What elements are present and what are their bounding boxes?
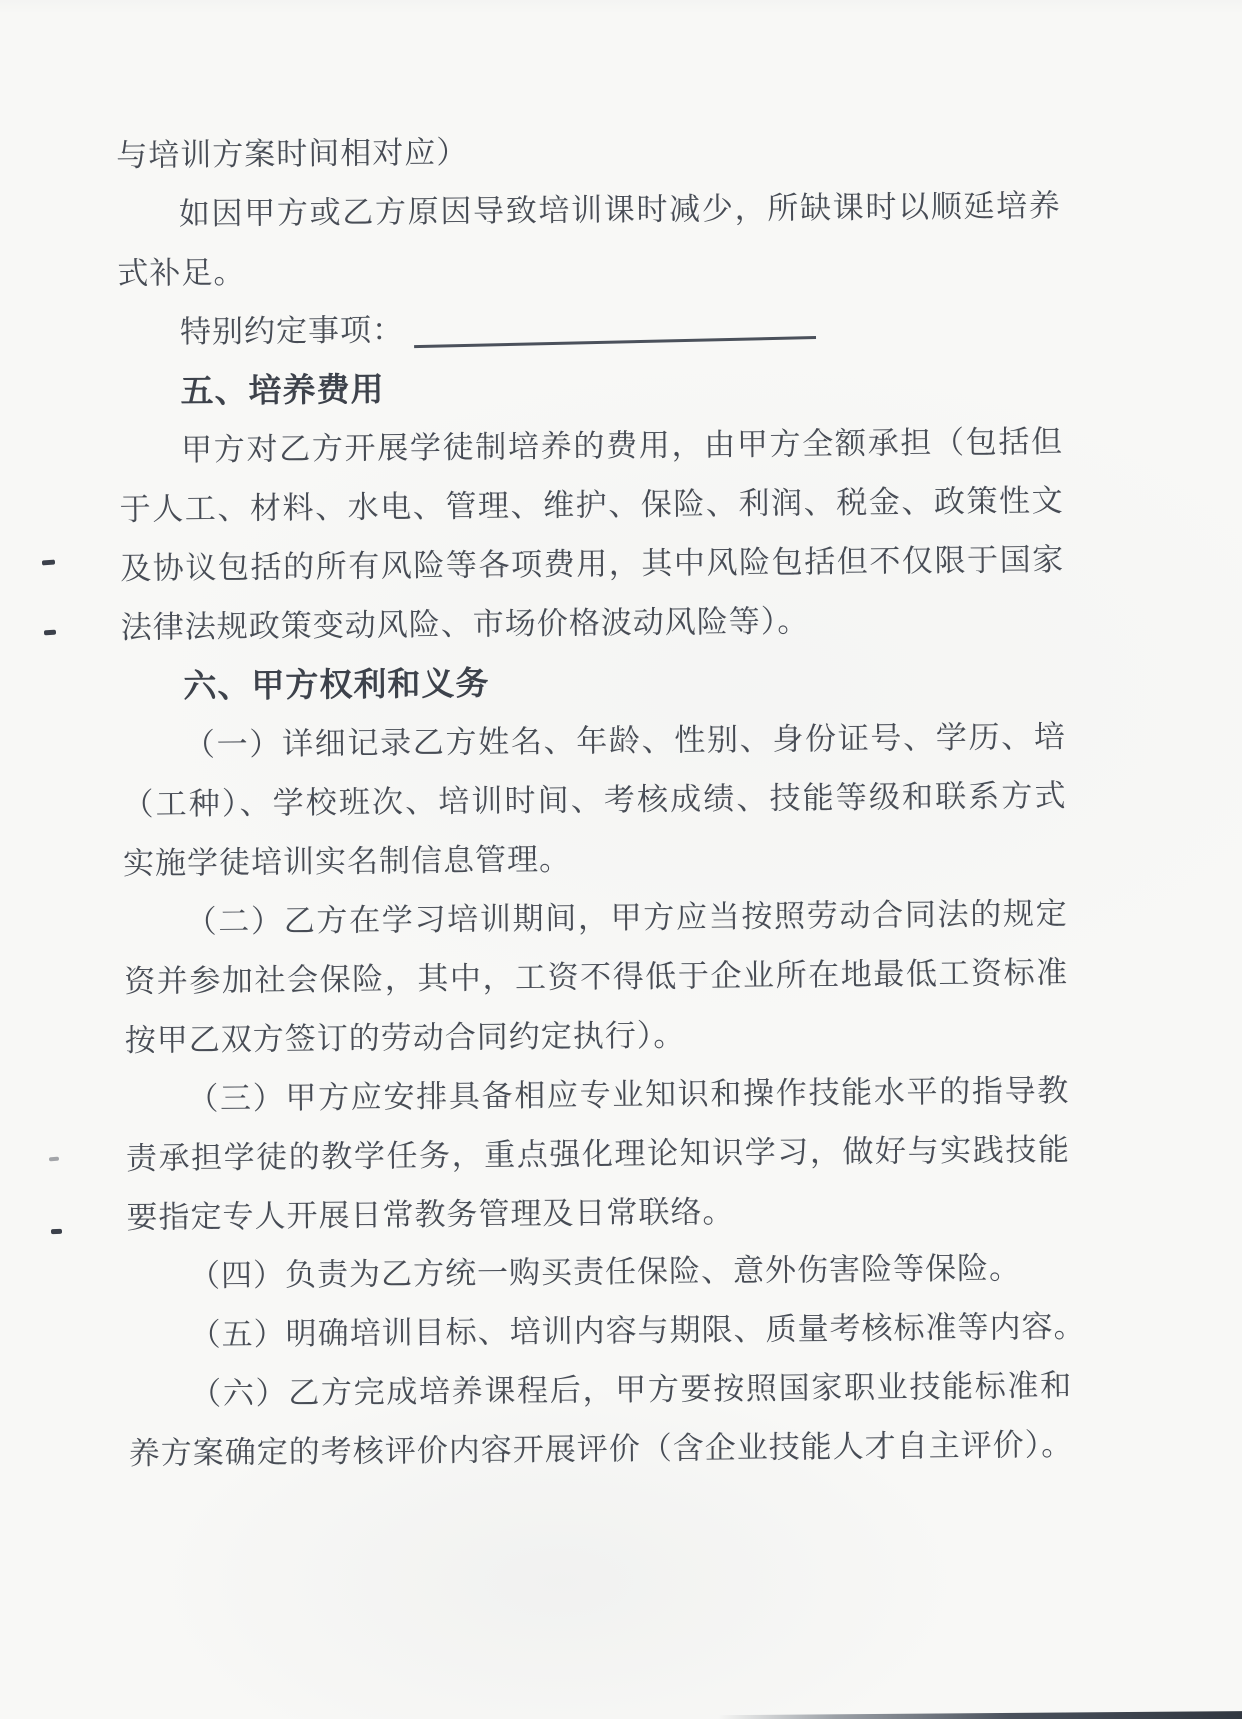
scanned-document-page: 与培训方案时间相对应）如因甲方或乙方原因导致培训课时减少，所缺课时以顺延培养期限… <box>0 0 1242 1719</box>
text-line: 于人工、材料、水电、管理、维护、保险、利润、税金、政策性文件规定 <box>119 471 1064 539</box>
text-line: 式补足。 <box>117 235 1062 303</box>
text-line: 法律法规政策变动风险、市场价格波动风险等）。 <box>121 589 1066 657</box>
text-line: 养方案确定的考核评价内容开展评价（含企业技能人才自主评价）。 <box>128 1415 1073 1483</box>
text-line: （三）甲方应安排具备相应专业知识和操作技能水平的指导教师，负 <box>125 1061 1070 1129</box>
text-line: 甲方对乙方开展学徒制培养的费用，由甲方全额承担（包括但不仅限 <box>119 412 1064 480</box>
text-line: 责承担学徒的教学任务，重点强化理论知识学习，做好与实践技能的衔接， <box>126 1120 1071 1188</box>
scan-mark <box>44 630 56 636</box>
fill-in-blank-line <box>414 336 816 348</box>
text-line: 如因甲方或乙方原因导致培训课时减少，所缺课时以顺延培养期限方 <box>117 176 1062 244</box>
document-lines: 与培训方案时间相对应）如因甲方或乙方原因导致培训课时减少，所缺课时以顺延培养期限… <box>116 117 1073 1483</box>
text-line: 特别约定事项： <box>118 294 1063 362</box>
text-line: （五）明确培训目标、培训内容与期限、质量考核标准等内容。 <box>127 1297 1072 1365</box>
text-line: 及协议包括的所有风险等各项费用，其中风险包括但不仅限于国家和地方 <box>120 530 1065 598</box>
text-line: 按甲乙双方签订的劳动合同约定执行）。 <box>124 1002 1069 1070</box>
section-heading: 五、培养费用 <box>118 353 1063 421</box>
text-line: （四）负责为乙方统一购买责任保险、意外伤害险等保险。 <box>127 1238 1072 1306</box>
blank-field-label: 特别约定事项： <box>180 300 405 361</box>
text-line: （一）详细记录乙方姓名、年龄、性别、身份证号、学历、培训职业 <box>122 707 1067 775</box>
text-line: 要指定专人开展日常教务管理及日常联络。 <box>126 1179 1071 1247</box>
text-line: 与培训方案时间相对应） <box>116 117 1061 185</box>
text-line: （二）乙方在学习培训期间，甲方应当按照劳动合同法的规定支付工 <box>123 884 1068 952</box>
text-line: （工种）、学校班次、培训时间、考核成绩、技能等级和联系方式等信息， <box>122 766 1067 834</box>
text-line: 实施学徒培训实名制信息管理。 <box>123 825 1068 893</box>
scan-mark <box>49 1157 59 1162</box>
scan-mark <box>51 1229 62 1235</box>
scan-mark <box>42 560 55 566</box>
section-heading: 六、甲方权利和义务 <box>121 648 1066 716</box>
scanner-edge-shadow <box>718 1711 1242 1719</box>
text-line: （六）乙方完成培养课程后，甲方要按照国家职业技能标准和学徒培 <box>128 1356 1073 1424</box>
text-line: 资并参加社会保险，其中，工资不得低于企业所在地最低工资标准（具体 <box>124 943 1069 1011</box>
